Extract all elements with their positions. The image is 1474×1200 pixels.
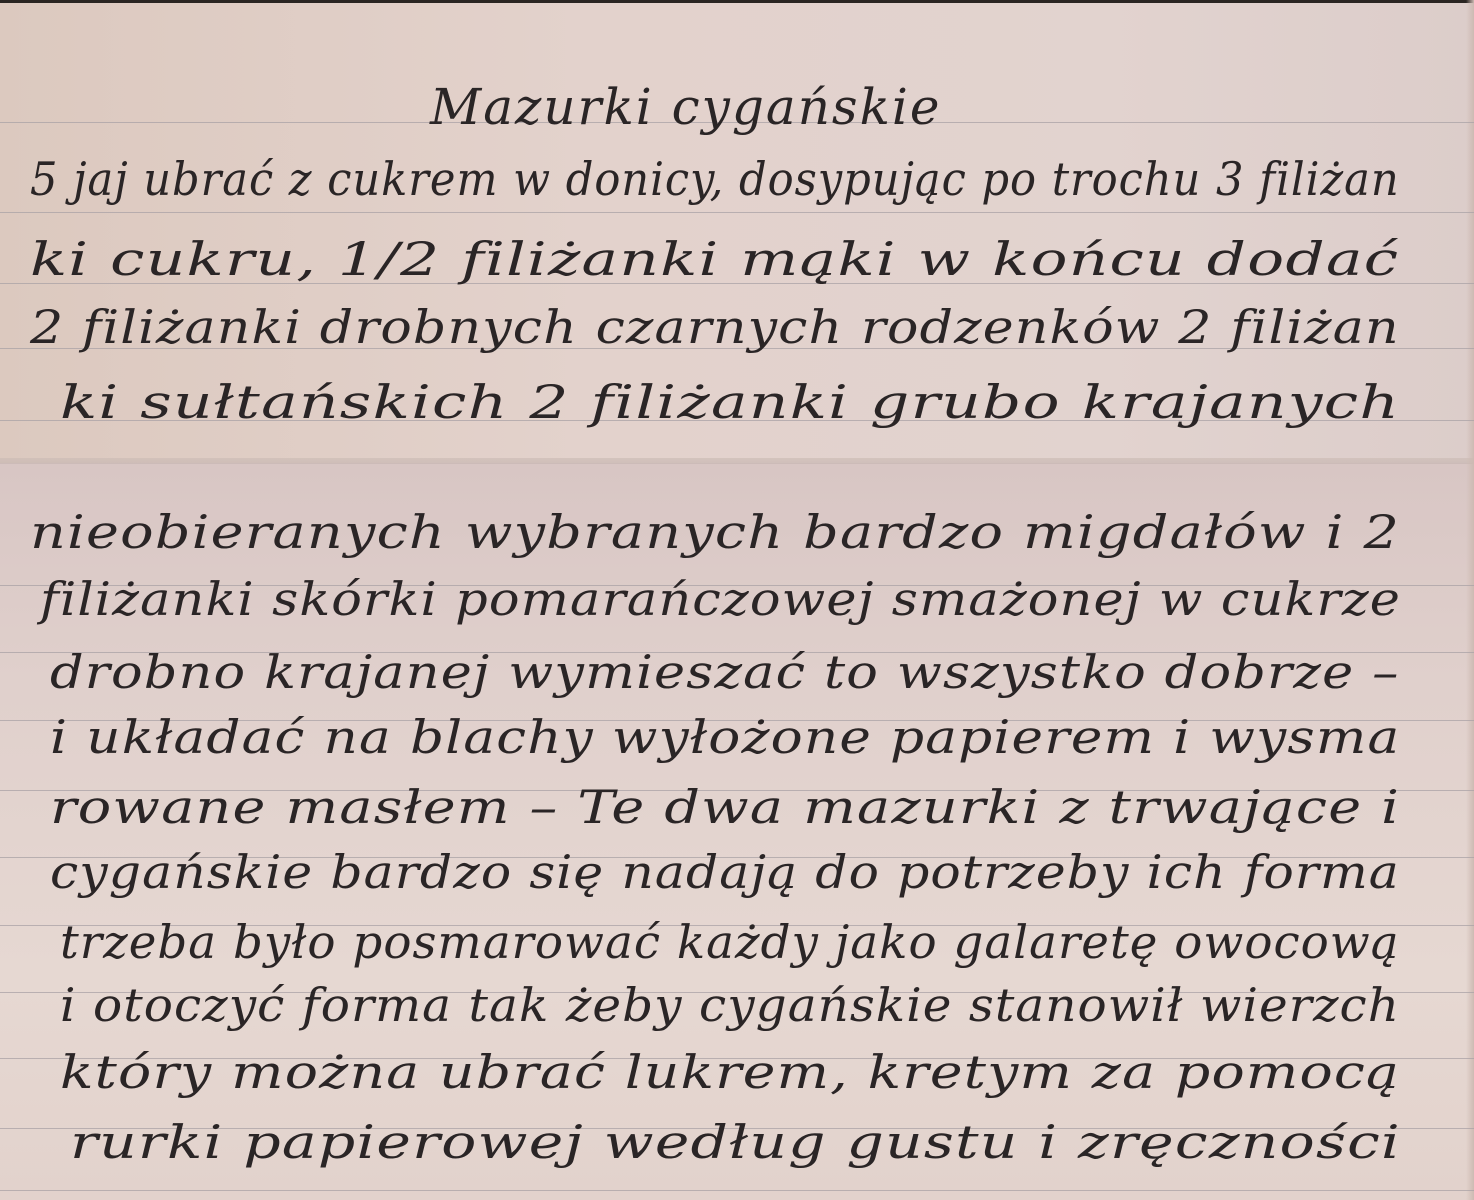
photo-stitch-seam bbox=[0, 458, 1474, 464]
handwritten-line: który można ubrać lukrem, kretym za pomo… bbox=[60, 1045, 1400, 1099]
ruled-line bbox=[0, 1190, 1474, 1191]
handwritten-line: i układać na blachy wyłożone papierem i … bbox=[50, 710, 1400, 764]
recipe-title: Mazurki cygańskie bbox=[430, 78, 941, 136]
document-page: Mazurki cygańskie 5 jaj ubrać z cukrem w… bbox=[0, 0, 1474, 1200]
handwritten-line: drobno krajanej wymieszać to wszystko do… bbox=[50, 645, 1400, 699]
handwritten-line: cygańskie bardzo się nadają do potrzeby … bbox=[50, 845, 1400, 899]
handwritten-line: nieobieranych wybranych bardzo migdałów … bbox=[30, 505, 1400, 559]
page-edge bbox=[1466, 0, 1474, 1200]
ruled-line bbox=[0, 212, 1474, 213]
handwritten-line: 2 filiżanki drobnych czarnych rodzenków … bbox=[30, 300, 1400, 354]
handwritten-line: filiżanki skórki pomarańczowej smażonej … bbox=[40, 572, 1401, 626]
handwritten-line: rurki papierowej według gustu i zręcznoś… bbox=[70, 1115, 1401, 1169]
handwritten-line: rowane masłem – Te dwa mazurki z trwając… bbox=[50, 780, 1400, 834]
handwritten-line: 5 jaj ubrać z cukrem w donicy, dosypując… bbox=[30, 152, 1400, 206]
handwritten-line: ki sułtańskich 2 filiżanki grubo krajany… bbox=[60, 375, 1400, 429]
handwritten-line: ki cukru, 1/2 filiżanki mąki w końcu dod… bbox=[30, 232, 1399, 286]
handwritten-line: i otoczyć forma tak żeby cygańskie stano… bbox=[60, 978, 1400, 1032]
handwritten-line: trzeba było posmarować każdy jako galare… bbox=[60, 915, 1400, 969]
